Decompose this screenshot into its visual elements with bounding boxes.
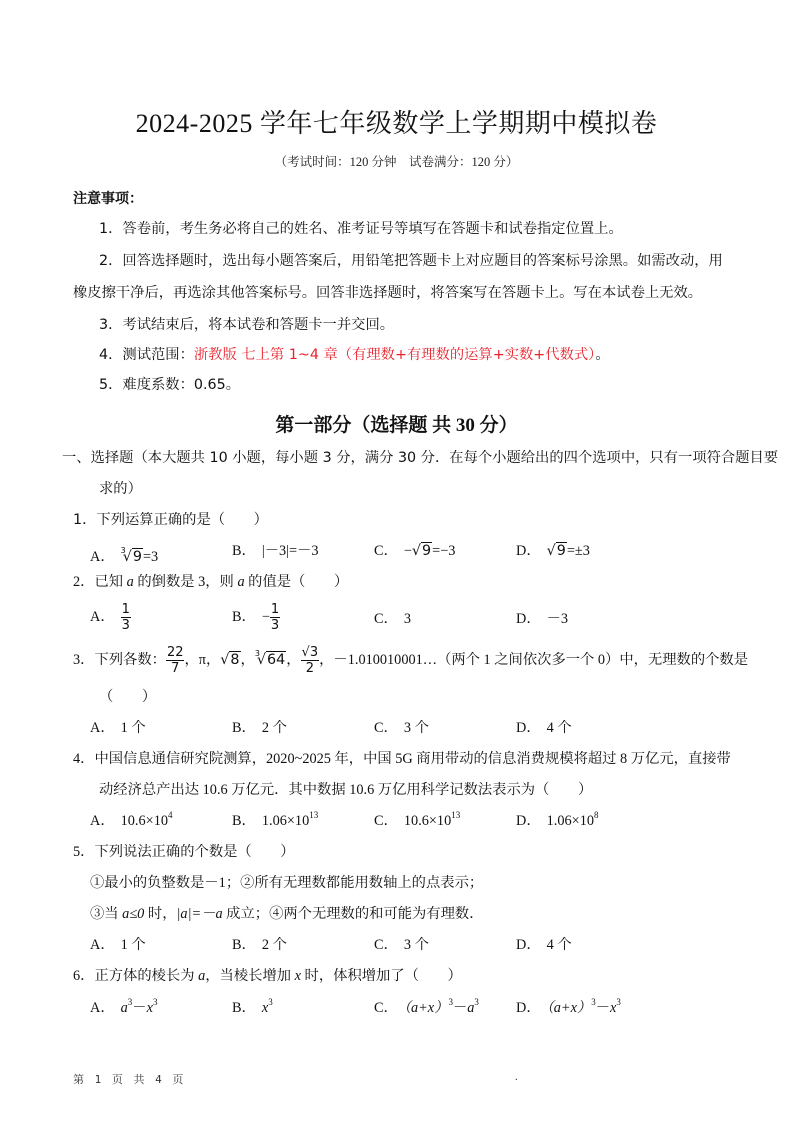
question-6-stem: 6．正方体的棱长为 a，当棱长增加 x 时，体积增加了（ ） xyxy=(73,967,462,985)
q3-option-b: B．2 个 xyxy=(232,719,287,737)
q4-option-c: C．10.6×1013 xyxy=(374,812,460,830)
notice-heading: 注意事项： xyxy=(73,188,143,208)
q4-option-d: D．1.06×108 xyxy=(516,812,599,830)
notice-item-4-label: 4．测试范围： xyxy=(99,347,194,363)
q6-option-b: B．x3 xyxy=(232,999,273,1017)
q6-option-c: C．（a+x）3－a3 xyxy=(374,999,479,1017)
question-4-stem-line1: 4．中国信息通信研究院测算，2020~2025 年，中国 5G 商用带动的信息消… xyxy=(73,750,731,768)
q3-option-d: D．4 个 xyxy=(516,719,572,737)
question-2-stem: 2．已知 a 的倒数是 3，则 a 的值是（ ） xyxy=(73,573,348,591)
question-5-stem: 5．下列说法正确的个数是（ ） xyxy=(73,843,295,861)
q6-option-d: D．（a+x）3－x3 xyxy=(516,999,621,1017)
notice-item-3: 3．考试结束后，将本试卷和答题卡一并交回。 xyxy=(99,316,394,334)
section-title: 第一部分（选择题 共 30 分） xyxy=(0,410,793,437)
exam-subtitle: （考试时间：120 分钟 试卷满分：120 分） xyxy=(0,152,793,170)
q1-option-a: A．3√9=3 xyxy=(90,542,158,566)
question-3-stem: 3．下列各数：227，π，√8，3√64，√32，－1.010010001…（两… xyxy=(73,645,748,676)
q3-option-a: A．1 个 xyxy=(90,719,146,737)
section-intro-line2: 求的） xyxy=(99,480,142,498)
question-5-statement-1: ①最小的负整数是－1；②所有无理数都能用数轴上的点表示； xyxy=(90,874,483,892)
square-root: √8 xyxy=(220,651,240,668)
fraction: 13 xyxy=(270,602,280,633)
q4-option-b: B．1.06×1013 xyxy=(232,812,318,830)
notice-item-1: 1．答卷前，考生务必将自己的姓名、准考证号等填写在答题卡和试卷指定位置上。 xyxy=(99,220,623,238)
question-4-stem-line2: 动经济总产出达 10.6 万亿元．其中数据 10.6 万亿用科学记数法表示为（ … xyxy=(99,781,592,799)
test-scope-highlight: 浙教版 七上第 1~4 章（有理数+有理数的运算+实数+代数式） xyxy=(194,347,595,363)
notice-item-5: 5．难度系数：0.65。 xyxy=(99,376,240,394)
q2-option-d: D．－3 xyxy=(516,610,568,628)
exam-page: 2024-2025 学年七年级数学上学期期中模拟卷 （考试时间：120 分钟 试… xyxy=(0,0,793,1122)
notice-item-4: 4．测试范围：浙教版 七上第 1~4 章（有理数+有理数的运算+实数+代数式）。 xyxy=(99,346,610,364)
fraction: √32 xyxy=(301,645,320,676)
fraction: 13 xyxy=(121,602,131,633)
cube-root: 3√64 xyxy=(255,652,286,668)
question-3-stem-line2: （ ） xyxy=(99,688,156,706)
q5-option-c: C．3 个 xyxy=(374,936,429,954)
question-1-stem: 1．下列运算正确的是（ ） xyxy=(73,511,268,529)
footer-dot: . xyxy=(515,1071,518,1083)
q2-option-a: A．13 xyxy=(90,602,131,633)
q2-option-b: B．−13 xyxy=(232,602,280,633)
q5-option-d: D．4 个 xyxy=(516,936,572,954)
section-intro-line1: 一、选择题（本大题共 10 小题，每小题 3 分，满分 30 分．在每个小题给出… xyxy=(62,449,778,467)
q4-option-a: A．10.6×104 xyxy=(90,812,173,830)
cube-root: 3√9 xyxy=(121,549,143,565)
notice-item-2-cont: 橡皮擦干净后，再选涂其他答案标号。回答非选择题时，将答案写在答题卡上。写在本试卷… xyxy=(73,284,702,302)
square-root: √9 xyxy=(547,542,567,559)
q1-option-d: D．√9=±3 xyxy=(516,542,590,560)
question-5-statement-2: ③当 a≤0 时，|a|=－a 成立；④两个无理数的和可能为有理数． xyxy=(90,905,484,923)
q2-option-c: C．3 xyxy=(374,610,411,628)
q3-option-c: C．3 个 xyxy=(374,719,429,737)
fraction: 227 xyxy=(166,645,185,676)
notice-item-4-suffix: 。 xyxy=(595,347,609,363)
exam-title: 2024-2025 学年七年级数学上学期期中模拟卷 xyxy=(0,103,793,140)
q1-option-b: B．|－3|=－3 xyxy=(232,542,319,560)
square-root: √9 xyxy=(412,542,432,559)
q6-option-a: A．a3－x3 xyxy=(90,999,157,1017)
page-number: 第 1 页 共 4 页 xyxy=(73,1071,185,1087)
notice-item-2: 2．回答选择题时，选出每小题答案后，用铅笔把答题卡上对应题目的答案标号涂黑。如需… xyxy=(99,252,723,270)
q1-option-c: C．−√9=−3 xyxy=(374,542,455,560)
q5-option-a: A．1 个 xyxy=(90,936,146,954)
q5-option-b: B．2 个 xyxy=(232,936,287,954)
